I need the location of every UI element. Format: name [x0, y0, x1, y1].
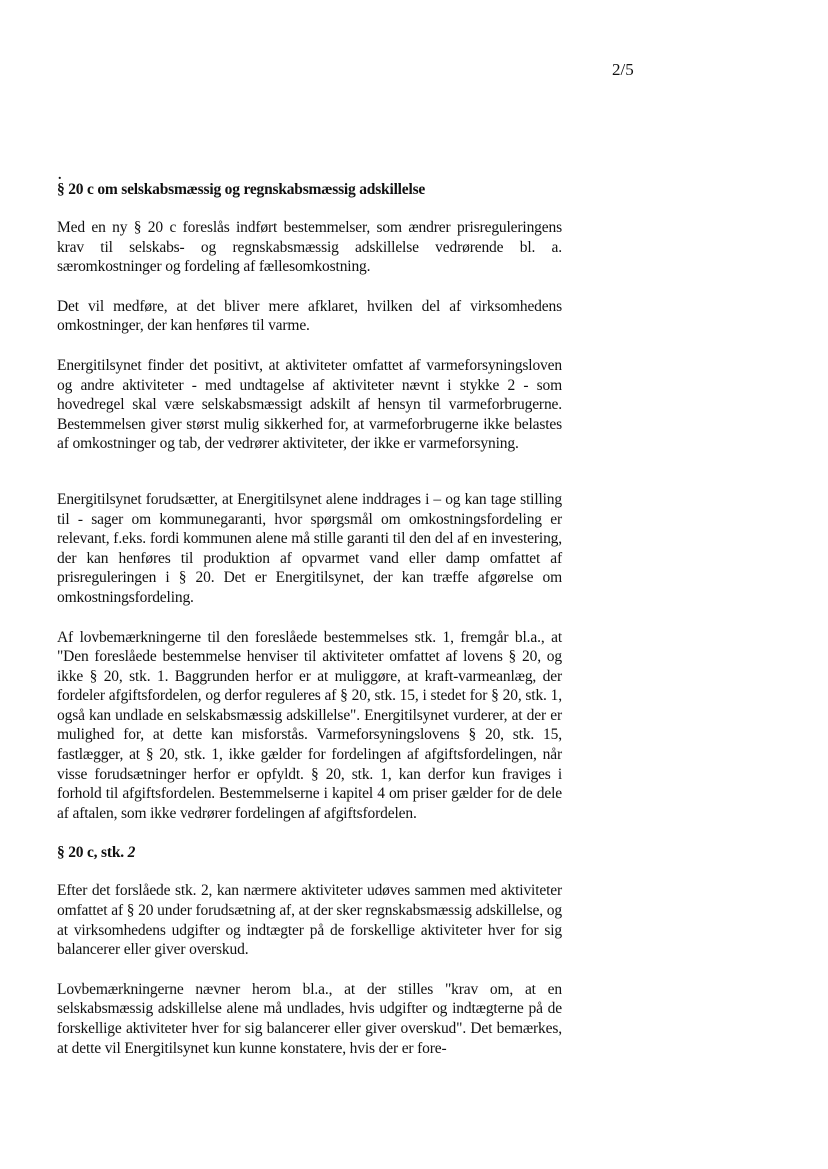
- paragraph: Lovbemærkningerne nævner herom bl.a., at…: [57, 980, 562, 1058]
- paragraph: Det vil medføre, at det bliver mere afkl…: [57, 297, 562, 336]
- paragraph: Med en ny § 20 c foreslås indført bestem…: [57, 218, 562, 277]
- section-heading-20c: § 20 c om selskabsmæssig og regnskabsmæs…: [57, 180, 562, 200]
- document-body: § 20 c om selskabsmæssig og regnskabsmæs…: [57, 180, 562, 1058]
- paragraph: Efter det forslåede stk. 2, kan nærmere …: [57, 881, 562, 959]
- heading-text: § 20 c, stk.: [57, 844, 124, 861]
- paragraph: Energitilsynet finder det positivt, at a…: [57, 356, 562, 454]
- heading-number: 2: [128, 844, 136, 861]
- paragraph: Af lovbemærkningerne til den foreslåede …: [57, 628, 562, 824]
- paragraph: Energitilsynet forudsætter, at Energitil…: [57, 490, 562, 608]
- page-number: 2/5: [612, 60, 634, 80]
- section-heading-20c-stk2: § 20 c, stk. 2: [57, 843, 562, 863]
